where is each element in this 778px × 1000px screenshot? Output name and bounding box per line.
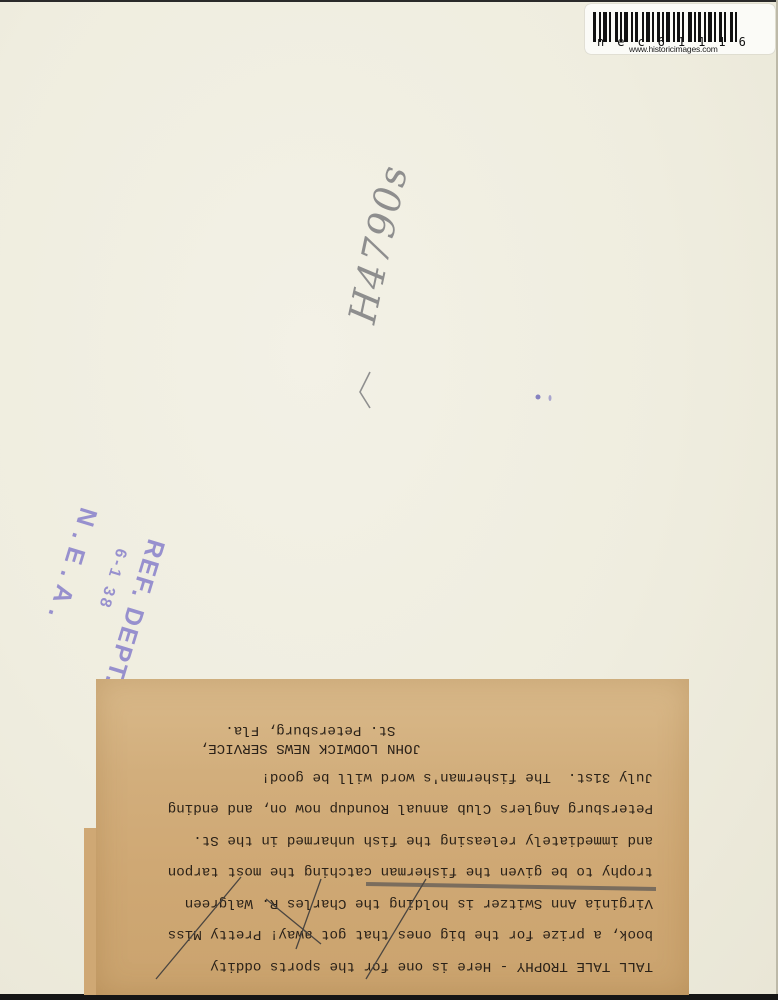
ink-spot-icon xyxy=(533,392,555,404)
caption-line: Virginia Ann Switzer is holding the Char… xyxy=(113,887,653,919)
caption-line: and immediately releasing the fish unhar… xyxy=(113,824,653,856)
caption-line: Petersburg Anglers Club annual Roundup n… xyxy=(113,792,653,824)
caption-line: July 31st. The fisherman's word will be … xyxy=(113,761,653,793)
barcode-label: nec61116 www.historicimages.com xyxy=(585,4,775,54)
pencil-tick-icon xyxy=(356,370,378,410)
caption-block: TALL TALE TROPHY - Here is one for the s… xyxy=(113,761,653,982)
caption-clipping: JOHN LODWICK NEWS SERVICE, St. Petersbur… xyxy=(96,679,689,995)
caption-line: book, a prize for the big ones that got … xyxy=(113,918,653,950)
caption-line: trophy to be given the fisherman catchin… xyxy=(113,855,653,887)
credit-line: JOHN LODWICK NEWS SERVICE, xyxy=(200,739,421,757)
credit-block: JOHN LODWICK NEWS SERVICE, St. Petersbur… xyxy=(200,721,421,757)
credit-line: St. Petersburg, Fla. xyxy=(200,721,421,739)
caption-line: TALL TALE TROPHY - Here is one for the s… xyxy=(113,950,653,982)
clipping-text-upside-down: JOHN LODWICK NEWS SERVICE, St. Petersbur… xyxy=(96,679,689,995)
barcode-website: www.historicimages.com xyxy=(629,44,718,54)
